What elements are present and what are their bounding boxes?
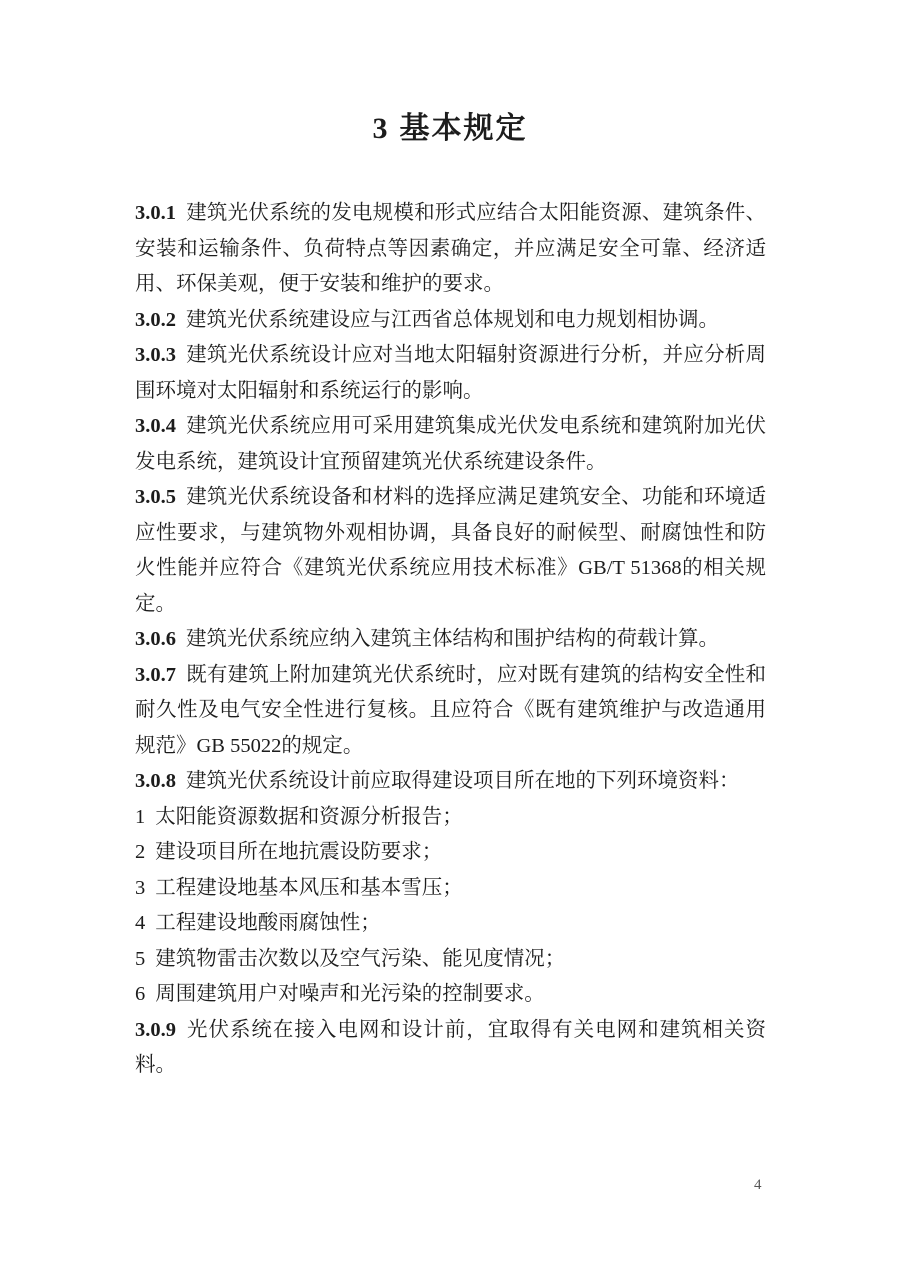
list-item-text: 周围建筑用户对噪声和光污染的控制要求。: [155, 983, 545, 1005]
clause-number: 3.0.3: [135, 344, 176, 366]
list-item-text: 工程建设地基本风压和基本雪压；: [155, 877, 463, 899]
clause-number: 3.0.6: [135, 628, 176, 650]
clause-text: 光伏系统在接入电网和设计前，宜取得有关电网和建筑相关资料。: [135, 1019, 766, 1077]
list-item-text: 工程建设地酸雨腐蚀性；: [155, 912, 381, 934]
list-item-number: 4: [135, 912, 145, 934]
list-item-number: 3: [135, 877, 145, 899]
clause-text: 建筑光伏系统应用可采用建筑集成光伏发电系统和建筑附加光伏发电系统，建筑设计宜预留…: [135, 415, 766, 473]
document-body: 3.0.1建筑光伏系统的发电规模和形式应结合太阳能资源、建筑条件、安装和运输条件…: [135, 196, 766, 1084]
list-item-4: 4工程建设地酸雨腐蚀性；: [135, 906, 766, 942]
list-item-6: 6周围建筑用户对噪声和光污染的控制要求。: [135, 977, 766, 1013]
list-item-text: 太阳能资源数据和资源分析报告；: [155, 806, 463, 828]
list-item-3: 3工程建设地基本风压和基本雪压；: [135, 871, 766, 907]
clause-text: 建筑光伏系统建设应与江西省总体规划和电力规划相协调。: [186, 309, 719, 331]
page-title: 3基本规定: [0, 103, 900, 147]
list-item-number: 5: [135, 948, 145, 970]
clause-number: 3.0.1: [135, 202, 176, 224]
clause-number: 3.0.8: [135, 770, 176, 792]
clause-text: 建筑光伏系统设计前应取得建设项目所在地的下列环境资料：: [186, 770, 740, 792]
clause-3-0-9: 3.0.9光伏系统在接入电网和设计前，宜取得有关电网和建筑相关资料。: [135, 1013, 766, 1084]
clause-3-0-2: 3.0.2建筑光伏系统建设应与江西省总体规划和电力规划相协调。: [135, 303, 766, 339]
clause-number: 3.0.5: [135, 486, 176, 508]
list-item-number: 1: [135, 806, 145, 828]
clause-3-0-3: 3.0.3建筑光伏系统设计应对当地太阳辐射资源进行分析，并应分析周围环境对太阳辐…: [135, 338, 766, 409]
page-number: 4: [754, 1177, 762, 1194]
clause-3-0-1: 3.0.1建筑光伏系统的发电规模和形式应结合太阳能资源、建筑条件、安装和运输条件…: [135, 196, 766, 303]
list-item-text: 建筑物雷击次数以及空气污染、能见度情况；: [155, 948, 565, 970]
clause-text: 建筑光伏系统应纳入建筑主体结构和围护结构的荷载计算。: [186, 628, 719, 650]
clause-number: 3.0.4: [135, 415, 176, 437]
chapter-number: 3: [373, 112, 388, 145]
clause-3-0-5: 3.0.5建筑光伏系统设备和材料的选择应满足建筑安全、功能和环境适应性要求，与建…: [135, 480, 766, 622]
list-item-1: 1太阳能资源数据和资源分析报告；: [135, 800, 766, 836]
list-item-number: 2: [135, 841, 145, 863]
list-item-2: 2建设项目所在地抗震设防要求；: [135, 835, 766, 871]
document-page: 3基本规定 3.0.1建筑光伏系统的发电规模和形式应结合太阳能资源、建筑条件、安…: [0, 0, 900, 1272]
chapter-name: 基本规定: [400, 112, 528, 145]
list-item-number: 6: [135, 983, 145, 1005]
clause-3-0-6: 3.0.6建筑光伏系统应纳入建筑主体结构和围护结构的荷载计算。: [135, 622, 766, 658]
clause-text: 建筑光伏系统的发电规模和形式应结合太阳能资源、建筑条件、安装和运输条件、负荷特点…: [135, 202, 766, 295]
clause-3-0-4: 3.0.4建筑光伏系统应用可采用建筑集成光伏发电系统和建筑附加光伏发电系统，建筑…: [135, 409, 766, 480]
list-item-text: 建设项目所在地抗震设防要求；: [155, 841, 442, 863]
clause-3-0-7: 3.0.7既有建筑上附加建筑光伏系统时，应对既有建筑的结构安全性和耐久性及电气安…: [135, 658, 766, 765]
clause-text: 建筑光伏系统设备和材料的选择应满足建筑安全、功能和环境适应性要求，与建筑物外观相…: [135, 486, 766, 615]
clause-3-0-8: 3.0.8建筑光伏系统设计前应取得建设项目所在地的下列环境资料：: [135, 764, 766, 800]
clause-number: 3.0.9: [135, 1019, 176, 1041]
clause-number: 3.0.2: [135, 309, 176, 331]
clause-text: 建筑光伏系统设计应对当地太阳辐射资源进行分析，并应分析周围环境对太阳辐射和系统运…: [135, 344, 766, 402]
clause-number: 3.0.7: [135, 664, 176, 686]
list-item-5: 5建筑物雷击次数以及空气污染、能见度情况；: [135, 942, 766, 978]
clause-text: 既有建筑上附加建筑光伏系统时，应对既有建筑的结构安全性和耐久性及电气安全性进行复…: [135, 664, 766, 757]
